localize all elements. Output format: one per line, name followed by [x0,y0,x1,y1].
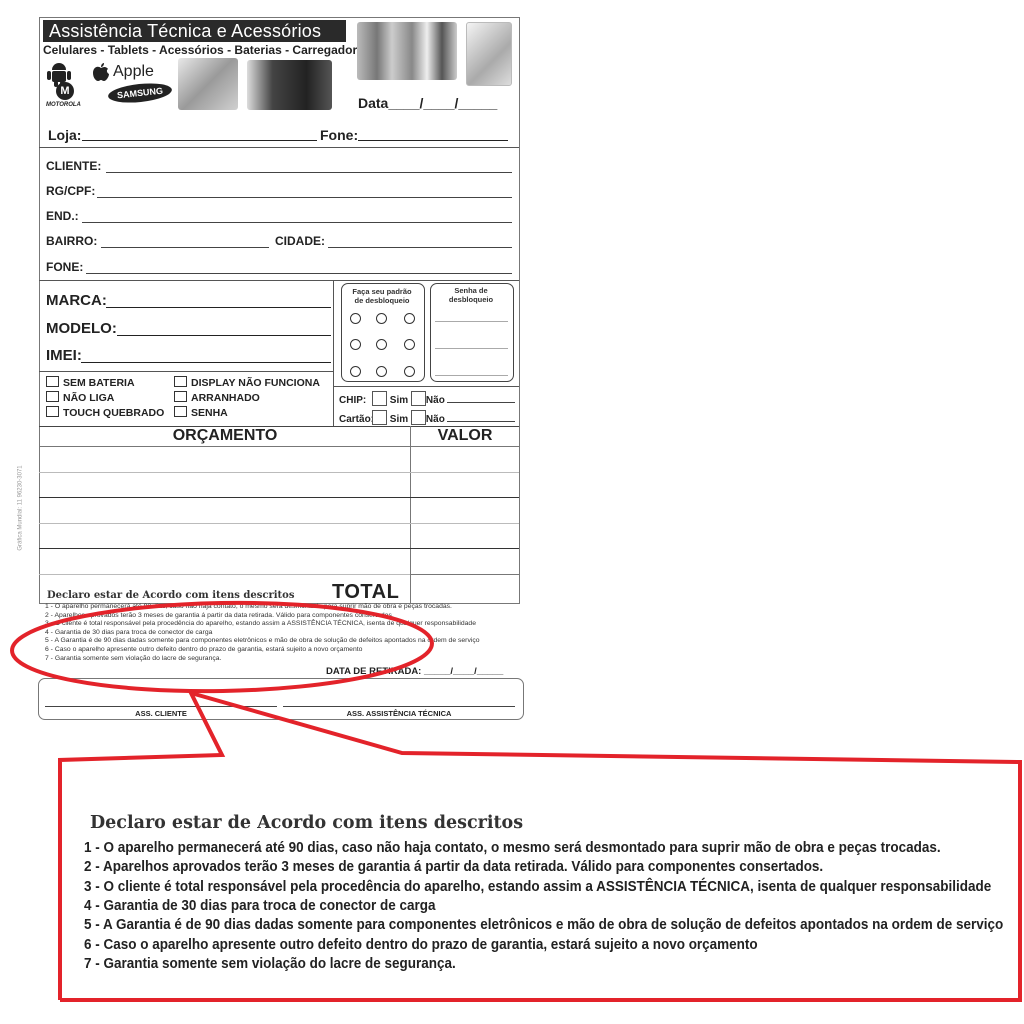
store-phone-input[interactable] [358,140,508,141]
form-subtitle: Celulares - Tablets - Acessórios - Bater… [43,43,370,57]
pattern-dot[interactable] [404,366,415,377]
imei-label: IMEI: [46,347,82,364]
condition-not-turning-on[interactable]: NÃO LIGA [46,391,114,404]
apple-brand-label: Apple [113,63,154,81]
city-input[interactable] [328,247,512,248]
pattern-dot[interactable] [350,339,361,350]
address-input[interactable] [82,222,512,223]
term-item-small: 5 - A Garantia é de 90 dias dadas soment… [45,637,480,646]
condition-broken-touch[interactable]: TOUCH QUEBRADO [46,406,164,419]
chip-row: CHIP: Sim Não [339,391,445,406]
rgcpf-label: RG/CPF: [46,184,95,198]
term-item-small: 4 - Garantia de 30 dias para troca de co… [45,629,212,638]
value-header: VALOR [411,427,519,445]
store-input[interactable] [82,140,317,141]
tablet-image [178,58,238,110]
card-yes-checkbox[interactable] [372,410,387,425]
password-title-2: desbloqueio [430,295,512,304]
term-item-large: 6 - Caso o aparelho apresente outro defe… [84,936,758,955]
pattern-title: Faça seu padrão [341,287,423,296]
checkbox[interactable] [174,406,187,417]
brand-input[interactable] [106,307,331,308]
card-notes-input[interactable] [447,421,515,422]
chip-yes-checkbox[interactable] [372,391,387,406]
side-print-credit: Gráfica Mundial: 11 96230-3071 [18,465,24,550]
motorola-icon: M [56,82,74,100]
district-label: BAIRRO: [46,234,97,248]
total-label: TOTAL [332,581,399,604]
phone-cases-image [357,22,457,80]
store-phone-label: Fone: [320,127,358,143]
pickup-date-field[interactable]: DATA DE RETIRADA: _____/____/_____ [326,666,503,677]
client-input[interactable] [106,172,512,173]
client-label: CLIENTE: [46,159,101,173]
term-item-large: 3 - O cliente é total responsável pela p… [84,878,991,897]
pattern-dot[interactable] [376,366,387,377]
term-item-large: 1 - O aparelho permanecerá até 90 dias, … [84,839,941,858]
phones-image [247,60,332,110]
address-label: END.: [46,209,79,223]
pattern-dot[interactable] [404,313,415,324]
checkbox[interactable] [174,391,187,402]
budget-row-input[interactable] [40,549,518,573]
term-item-small: 2 - Aparelhos aprovados terão 3 meses de… [45,612,394,621]
budget-row-input[interactable] [40,524,518,548]
chip-notes-input[interactable] [447,402,515,403]
pattern-dot[interactable] [376,339,387,350]
term-item-small: 7 - Garantia somente sem violação do lac… [45,655,221,664]
pattern-dot[interactable] [376,313,387,324]
card-row: Cartão: Sim Não [339,410,445,425]
motorola-brand-label: MOTOROLA [46,102,81,108]
checkbox[interactable] [46,391,59,402]
budget-row-input[interactable] [40,447,518,471]
pattern-dot[interactable] [350,313,361,324]
budget-header: ORÇAMENTO [40,427,410,445]
rgcpf-input[interactable] [97,197,512,198]
screen-protector-image [466,22,512,86]
client-phone-label: FONE: [46,260,83,274]
budget-row-input[interactable] [40,473,518,497]
terms-title-large: Declaro estar de Acordo com itens descri… [90,813,523,833]
store-label: Loja: [48,127,81,143]
term-item-large: 7 - Garantia somente sem violação do lac… [84,955,456,974]
pattern-title-2: de desbloqueio [341,296,423,305]
date-field[interactable]: Data____/____/_____ [358,95,497,111]
term-item-small: 6 - Caso o aparelho apresente outro defe… [45,646,362,655]
imei-input[interactable] [81,362,331,363]
pattern-dot[interactable] [350,366,361,377]
brand-label: MARCA: [46,292,107,309]
condition-no-battery[interactable]: SEM BATERIA [46,376,135,389]
terms-title-small: Declaro estar de Acordo com itens descri… [47,590,294,601]
chip-no-checkbox[interactable] [411,391,426,406]
term-item-small: 1 - O aparelho permanecerá até 90 dias, … [45,603,452,612]
term-item-large: 2 - Aparelhos aprovados terão 3 meses de… [84,858,823,877]
condition-display-not-working[interactable]: DISPLAY NÃO FUNCIONA [174,376,320,389]
apple-icon [92,62,110,82]
password-title: Senha de [430,286,512,295]
client-phone-input[interactable] [86,273,512,274]
pattern-dot[interactable] [404,339,415,350]
condition-scratched[interactable]: ARRANHADO [174,391,260,404]
checkbox[interactable] [46,406,59,417]
client-signature-label: ASS. CLIENTE [45,709,277,718]
checkbox[interactable] [174,376,187,387]
checkbox[interactable] [46,376,59,387]
model-input[interactable] [117,335,331,336]
term-item-large: 5 - A Garantia é de 90 dias dadas soment… [84,916,1003,935]
budget-row-input[interactable] [40,498,518,522]
form-title: Assistência Técnica e Acessórios [43,20,346,42]
city-label: CIDADE: [275,234,325,248]
term-item-large: 4 - Garantia de 30 dias para troca de co… [84,897,436,916]
term-item-small: 3 - O cliente é total responsável pela p… [45,620,476,629]
card-no-checkbox[interactable] [411,410,426,425]
condition-password[interactable]: SENHA [174,406,228,419]
district-input[interactable] [101,247,269,248]
total-value-input[interactable] [410,574,520,604]
model-label: MODELO: [46,320,117,337]
tech-signature-label: ASS. ASSISTÊNCIA TÉCNICA [283,709,515,718]
